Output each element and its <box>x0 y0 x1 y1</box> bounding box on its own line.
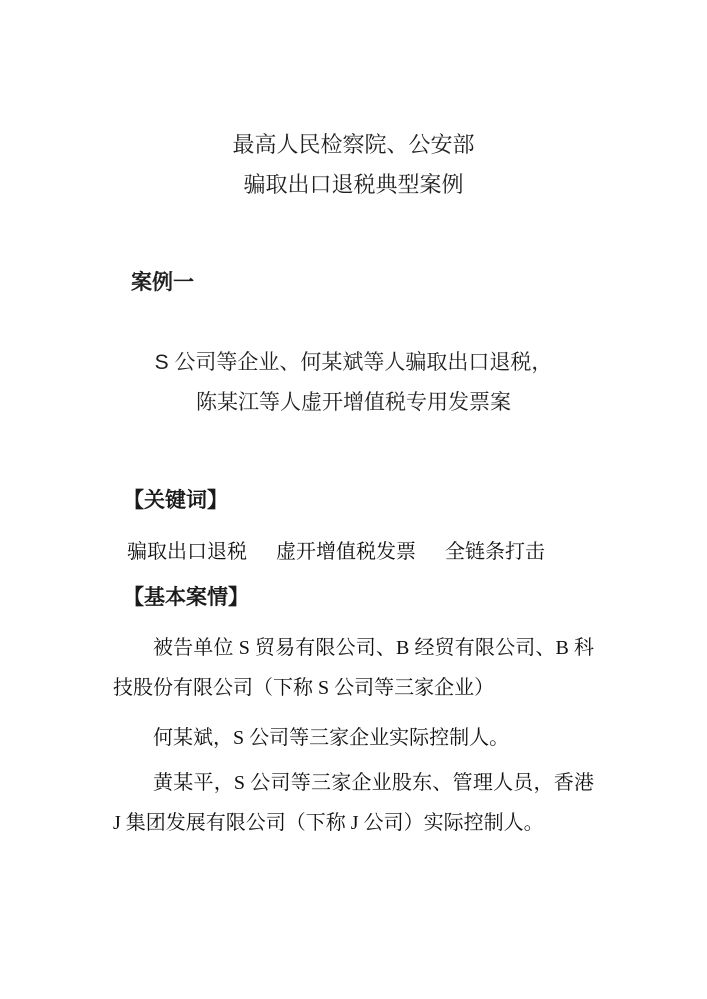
document-title: 最高人民检察院、公安部 骗取出口退税典型案例 <box>113 125 594 205</box>
document-title-line-1: 最高人民检察院、公安部 <box>113 125 594 165</box>
keywords-section-heading: 【关键词】 <box>113 481 594 521</box>
facts-paragraph: 何某斌，S 公司等三家企业实际控制人。 <box>113 718 594 758</box>
case-title-line-2: 陈某江等人虚开增值税专用发票案 <box>113 383 594 423</box>
keyword-item: 全链条打击 <box>445 532 545 572</box>
case-label: 案例一 <box>113 263 594 303</box>
case-title-line-1: S 公司等企业、何某斌等人骗取出口退税， <box>113 343 594 383</box>
facts-paragraph: 黄某平，S 公司等三家企业股东、管理人员，香港 J 集团发展有限公司（下称 J … <box>113 763 594 843</box>
facts-section-heading: 【基本案情】 <box>113 578 594 618</box>
keyword-item: 骗取出口退税 <box>127 532 247 572</box>
keyword-item: 虚开增值税发票 <box>276 532 416 572</box>
facts-paragraph: 被告单位 S 贸易有限公司、B 经贸有限公司、B 科技股份有限公司（下称 S 公… <box>113 628 594 708</box>
document-title-line-2: 骗取出口退税典型案例 <box>113 165 594 205</box>
keywords-list: 骗取出口退税 虚开增值税发票 全链条打击 <box>113 532 594 572</box>
case-title: S 公司等企业、何某斌等人骗取出口退税， 陈某江等人虚开增值税专用发票案 <box>113 343 594 423</box>
document-page: 最高人民检察院、公安部 骗取出口退税典型案例 案例一 S 公司等企业、何某斌等人… <box>0 0 707 999</box>
